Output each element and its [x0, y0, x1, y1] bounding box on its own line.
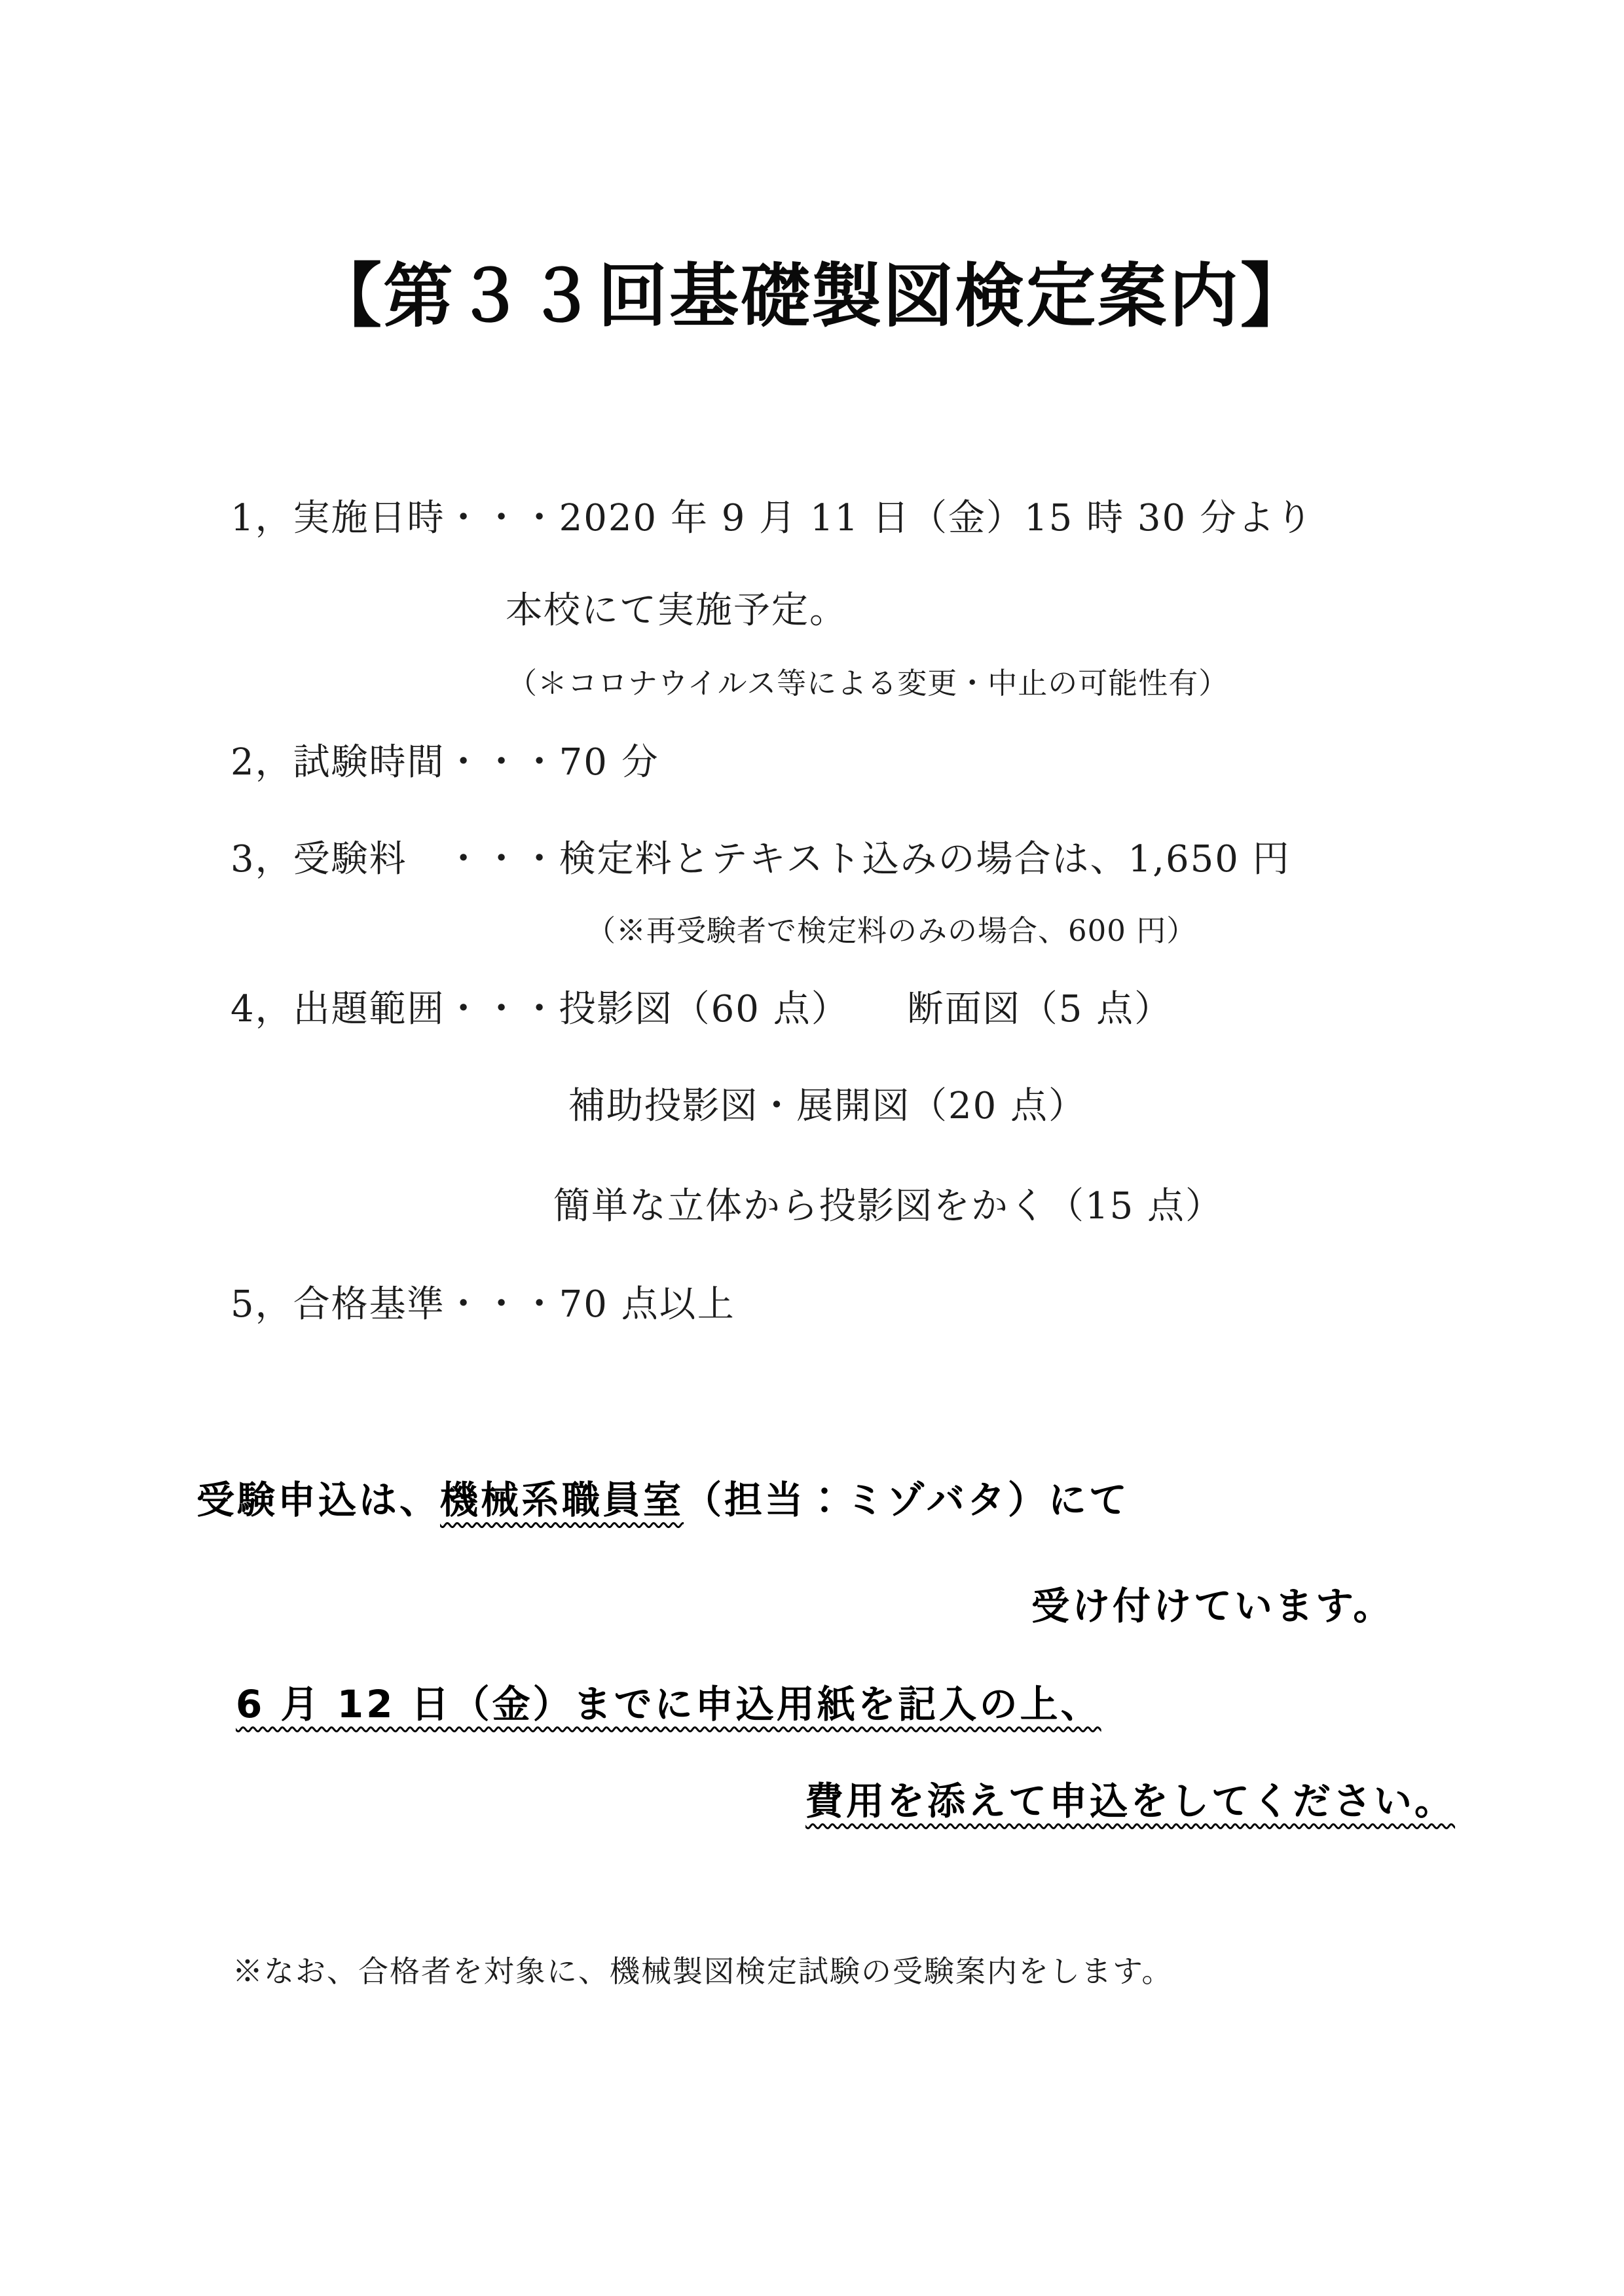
list-item-exam-scope: 4，出題範囲・・・投影図（60 点） 断面図（5 点）	[231, 989, 1172, 1030]
notice-accept-line: 受け付けています。	[1031, 1584, 1393, 1628]
notice-apply-post: （担当：ミゾバタ）にて	[684, 1478, 1130, 1522]
list-item-exam-venue: 本校にて実施予定。	[506, 590, 847, 632]
list-item-exam-fee: 3，受験料 ・・・検定料とテキスト込みの場合は、1,650 円	[231, 839, 1291, 881]
list-item-scope-solid: 簡単な立体から投影図をかく（15 点）	[553, 1186, 1223, 1228]
notice-apply-pre: 受験申込は、	[196, 1478, 440, 1522]
note-covid: （＊コロナウイルス等による変更・中止の可能性有）	[507, 666, 1228, 701]
notice-deadline-line: 6 月 12 日（金）までに申込用紙を記入の上、	[236, 1683, 1101, 1726]
list-item-pass-criteria: 5，合格基準・・・70 点以上	[231, 1284, 735, 1326]
list-item-scope-auxiliary: 補助投影図・展開図（20 点）	[568, 1085, 1086, 1127]
note-retake-fee: （※再受験者で検定料のみの場合、600 円）	[586, 914, 1196, 948]
list-item-exam-date: 1，実施日時・・・2020 年 9 月 11 日（金）15 時 30 分より	[231, 498, 1314, 539]
list-item-exam-duration: 2，試験時間・・・70 分	[231, 742, 659, 784]
footnote: ※なお、合格者を対象に、機械製図検定試験の受験案内をします。	[232, 1954, 1173, 1989]
notice-apply-line: 受験申込は、機械系職員室（担当：ミゾバタ）にて	[196, 1478, 1130, 1522]
document-page: 【第３３回基礎製図検定案内】 1，実施日時・・・2020 年 9 月 11 日（…	[0, 0, 1624, 2296]
page-title: 【第３３回基礎製図検定案内】	[0, 241, 1624, 340]
notice-apply-location: 機械系職員室	[440, 1478, 684, 1522]
notice-payment-line: 費用を添えて申込をしてください。	[805, 1779, 1455, 1823]
